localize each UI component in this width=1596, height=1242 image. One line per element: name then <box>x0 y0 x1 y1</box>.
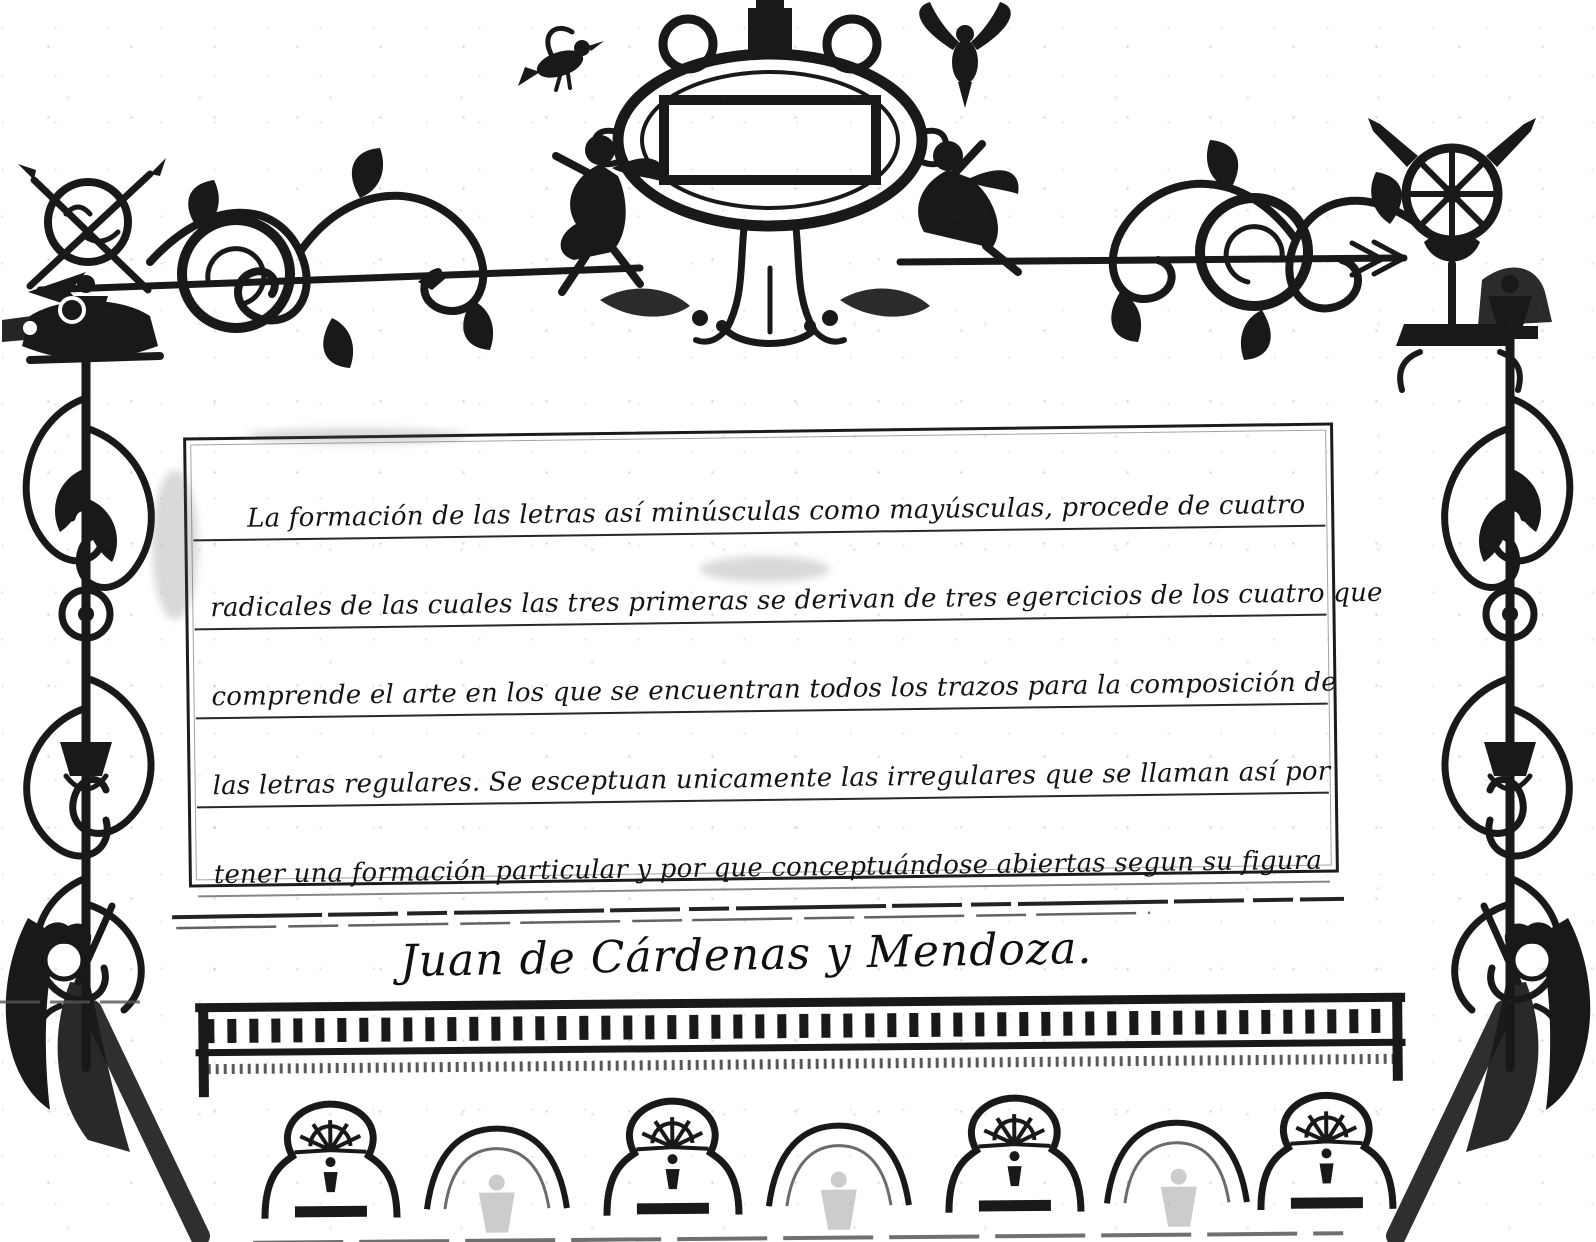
scanned-calligraphy-document: La formación de las letras así minúscula… <box>0 0 1596 1242</box>
bird-right <box>919 2 1011 108</box>
shell-palmette-motif <box>606 1101 739 1216</box>
bird-left <box>518 28 604 90</box>
armillary-sphere-top-left <box>2 158 166 360</box>
candelabrum-left-angel <box>6 275 200 1236</box>
manuscript-line-1: La formación de las letras así minúscula… <box>192 426 1325 542</box>
shell-palmette-motif <box>264 1104 397 1219</box>
candelabrum-right-angel <box>1396 275 1590 1236</box>
blank-title-plaque <box>664 100 876 180</box>
shell-palmette-motif <box>948 1098 1081 1213</box>
manuscript-line-5-text: tener una formación particular y por que… <box>214 846 1323 891</box>
manuscript-line-4-text: las letras regulares. Se esceptuan unica… <box>212 757 1330 802</box>
manuscript-line-5: tener una formación particular y por que… <box>197 794 1330 898</box>
putto-right <box>918 141 1018 272</box>
text-panel: La formación de las letras así minúscula… <box>183 422 1339 887</box>
manuscript-line-1-text: La formación de las letras así minúscula… <box>247 490 1306 534</box>
acanthus-scroll-left <box>150 148 493 368</box>
acanthus-scroll-right <box>1111 140 1446 360</box>
manuscript-line-3: comprende el arte en los que se encuentr… <box>195 616 1328 720</box>
ruled-divider <box>172 899 1344 928</box>
shell-palmette-motif <box>1260 1095 1393 1210</box>
manuscript-line-3-text: comprende el arte en los que se encuentr… <box>211 667 1337 712</box>
dentil-cornice <box>205 1021 1399 1031</box>
top-ornament-band <box>2 0 1552 390</box>
balustrade-frieze <box>195 993 1407 1242</box>
manuscript-line-4: las letras regulares. Se esceptuan unica… <box>196 705 1329 809</box>
manuscript-line-2: radicales de las cuales las tres primera… <box>193 527 1326 631</box>
